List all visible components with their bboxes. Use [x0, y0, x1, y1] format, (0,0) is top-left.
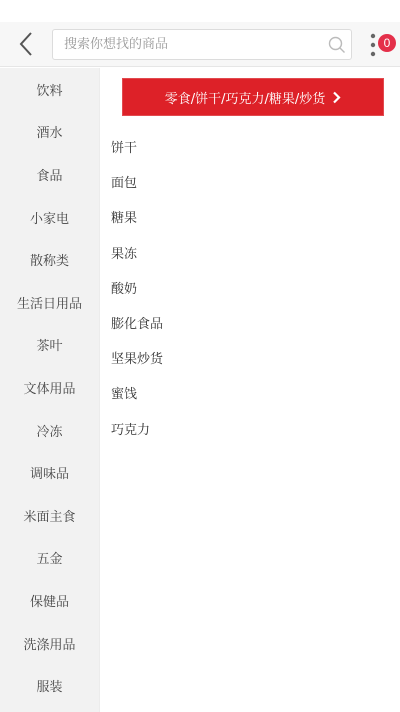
vertical-dots-icon [368, 32, 378, 58]
sidebar-item-food[interactable]: 食品 [0, 153, 99, 196]
subcategory-nuts[interactable]: 坚果炒货 [111, 340, 163, 375]
sidebar-item-staples[interactable]: 米面主食 [0, 494, 99, 537]
category-sidebar: 饮料 酒水 食品 小家电 散称类 生活日用品 茶叶 文体用品 冷冻 调味品 米面… [0, 68, 100, 712]
chevron-left-icon [18, 31, 34, 57]
banner-label: 零食/饼干/巧克力/糖果/炒货 [165, 88, 326, 107]
category-banner-button[interactable]: 零食/饼干/巧克力/糖果/炒货 [122, 78, 384, 116]
subcategory-jelly[interactable]: 果冻 [111, 235, 163, 270]
subcategory-candy[interactable]: 糖果 [111, 199, 163, 234]
subcategory-preserved-fruit[interactable]: 蜜饯 [111, 375, 163, 410]
sidebar-item-condiments[interactable]: 调味品 [0, 451, 99, 494]
sidebar-item-tea[interactable]: 茶叶 [0, 324, 99, 367]
more-menu-button[interactable] [368, 32, 378, 58]
subcategory-list: 饼干 面包 糖果 果冻 酸奶 膨化食品 坚果炒货 蜜饯 巧克力 [111, 129, 163, 446]
subcategory-bread[interactable]: 面包 [111, 164, 163, 199]
sidebar-item-hardware[interactable]: 五金 [0, 537, 99, 580]
sidebar-item-detergents[interactable]: 洗涤用品 [0, 622, 99, 665]
notification-badge[interactable]: 0 [378, 34, 396, 52]
sidebar-item-frozen[interactable]: 冷冻 [0, 409, 99, 452]
sidebar-item-stationery-sports[interactable]: 文体用品 [0, 366, 99, 409]
sidebar-item-bulk[interactable]: 散称类 [0, 238, 99, 281]
sidebar-item-alcohol[interactable]: 酒水 [0, 111, 99, 154]
sidebar-item-clothing[interactable]: 服装 [0, 664, 99, 707]
chevron-right-icon [332, 91, 341, 104]
subcategory-yogurt[interactable]: 酸奶 [111, 270, 163, 305]
subcategory-chocolate[interactable]: 巧克力 [111, 411, 163, 446]
sidebar-item-health[interactable]: 保健品 [0, 579, 99, 622]
search-box[interactable] [52, 29, 352, 60]
sidebar-item-daily-goods[interactable]: 生活日用品 [0, 281, 99, 324]
back-button[interactable] [0, 22, 52, 67]
top-header: 0 [0, 22, 400, 67]
subcategory-biscuits[interactable]: 饼干 [111, 129, 163, 164]
status-bar [0, 0, 400, 22]
subcategory-puffed-food[interactable]: 膨化食品 [111, 305, 163, 340]
search-input[interactable] [64, 37, 323, 52]
category-content: 零食/饼干/巧克力/糖果/炒货 饼干 面包 糖果 果冻 酸奶 膨化食品 坚果炒货… [100, 68, 400, 712]
sidebar-item-drinks[interactable]: 饮料 [0, 68, 99, 111]
sidebar-item-small-appliances[interactable]: 小家电 [0, 196, 99, 239]
search-icon[interactable] [323, 31, 351, 59]
